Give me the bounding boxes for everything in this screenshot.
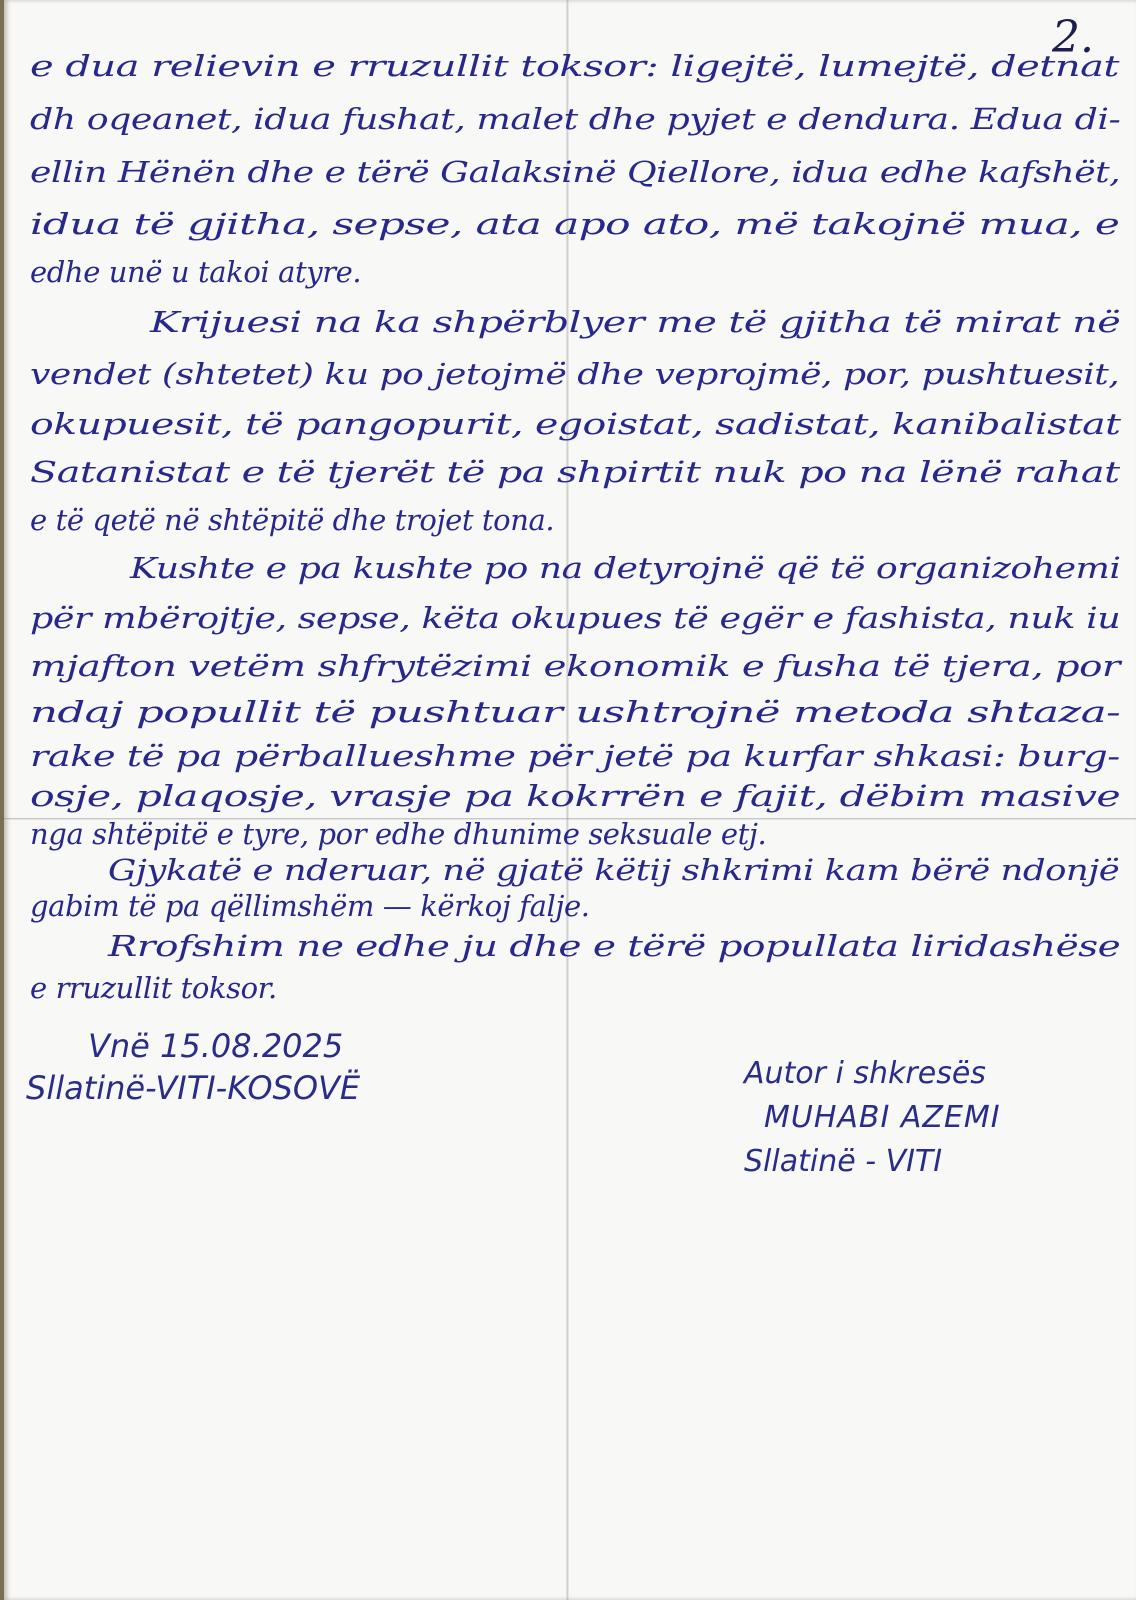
place-and-date: Vnë 15.08.2025 Sllatinë-VITI-KOSOVË [26, 1025, 360, 1109]
handwritten-letter-page: 2. e dua relievin e rruzullit toksor: li… [4, 0, 1136, 1600]
letter-place: Sllatinë-VITI-KOSOVË [26, 1067, 360, 1109]
author-signature-block: Autor i shkresës MUHABI AZEMI Sllatinë -… [744, 1052, 1001, 1184]
signature-title: Autor i shkresës [744, 1052, 1001, 1096]
author-name: MUHABI AZEMI [744, 1096, 1001, 1140]
letter-date: Vnë 15.08.2025 [26, 1025, 360, 1067]
author-place: Sllatinë - VITI [744, 1140, 1001, 1184]
